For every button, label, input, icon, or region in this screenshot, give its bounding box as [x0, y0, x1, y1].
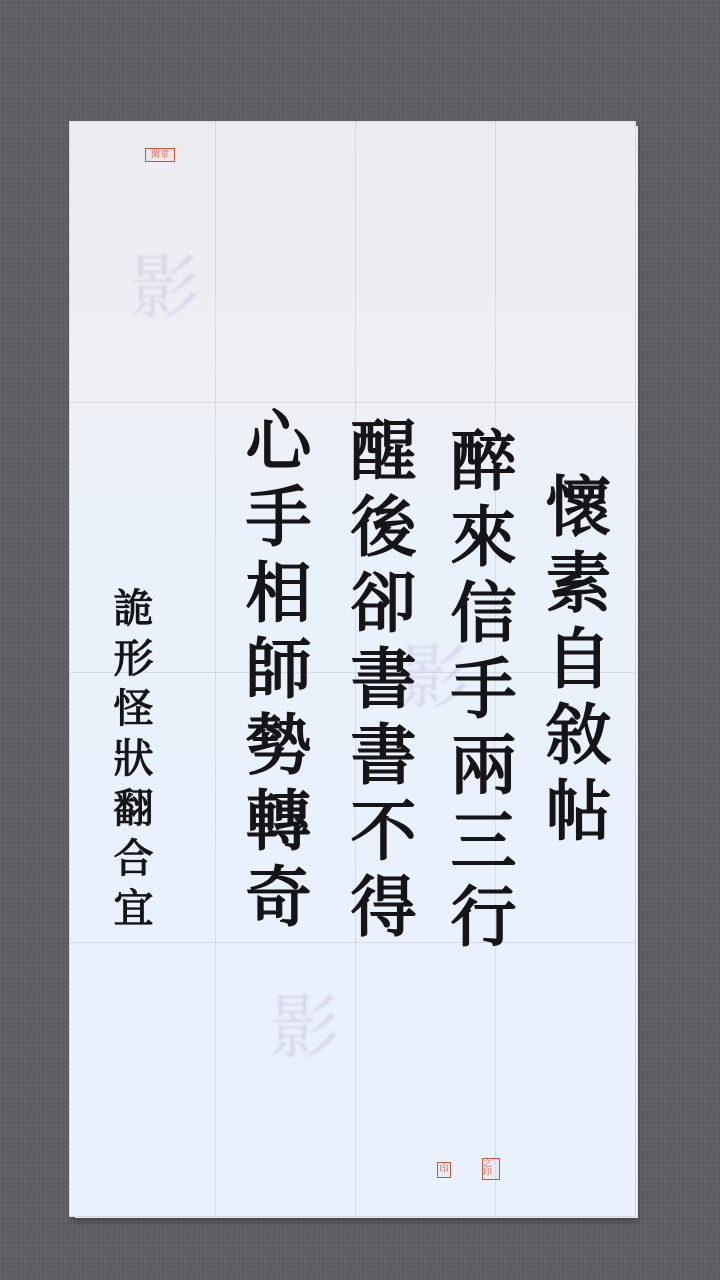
name-seal: 印 [437, 1162, 451, 1178]
fold-line [215, 122, 216, 1216]
calligraphy-column: 懷素自敘帖 [540, 162, 606, 1162]
calligraphy-paper: 影 影 影 閑章 懷素自敘帖 醉來信手兩三行 醒後卻書書不得 心手相師勢轉奇 詭… [70, 122, 635, 1216]
calligraphy-column: 醉來信手兩三行 [445, 202, 511, 1182]
studio-seal: 之印 [482, 1158, 500, 1180]
calligraphy-column: 詭形怪狀翻合宜 [110, 382, 150, 1142]
calligraphy-column: 醒後卻書書不得 [345, 182, 411, 1182]
bleed-through-ink: 影 [130, 232, 200, 333]
header-seal: 閑章 [145, 148, 175, 162]
calligraphy-column: 心手相師勢轉奇 [240, 172, 306, 1172]
